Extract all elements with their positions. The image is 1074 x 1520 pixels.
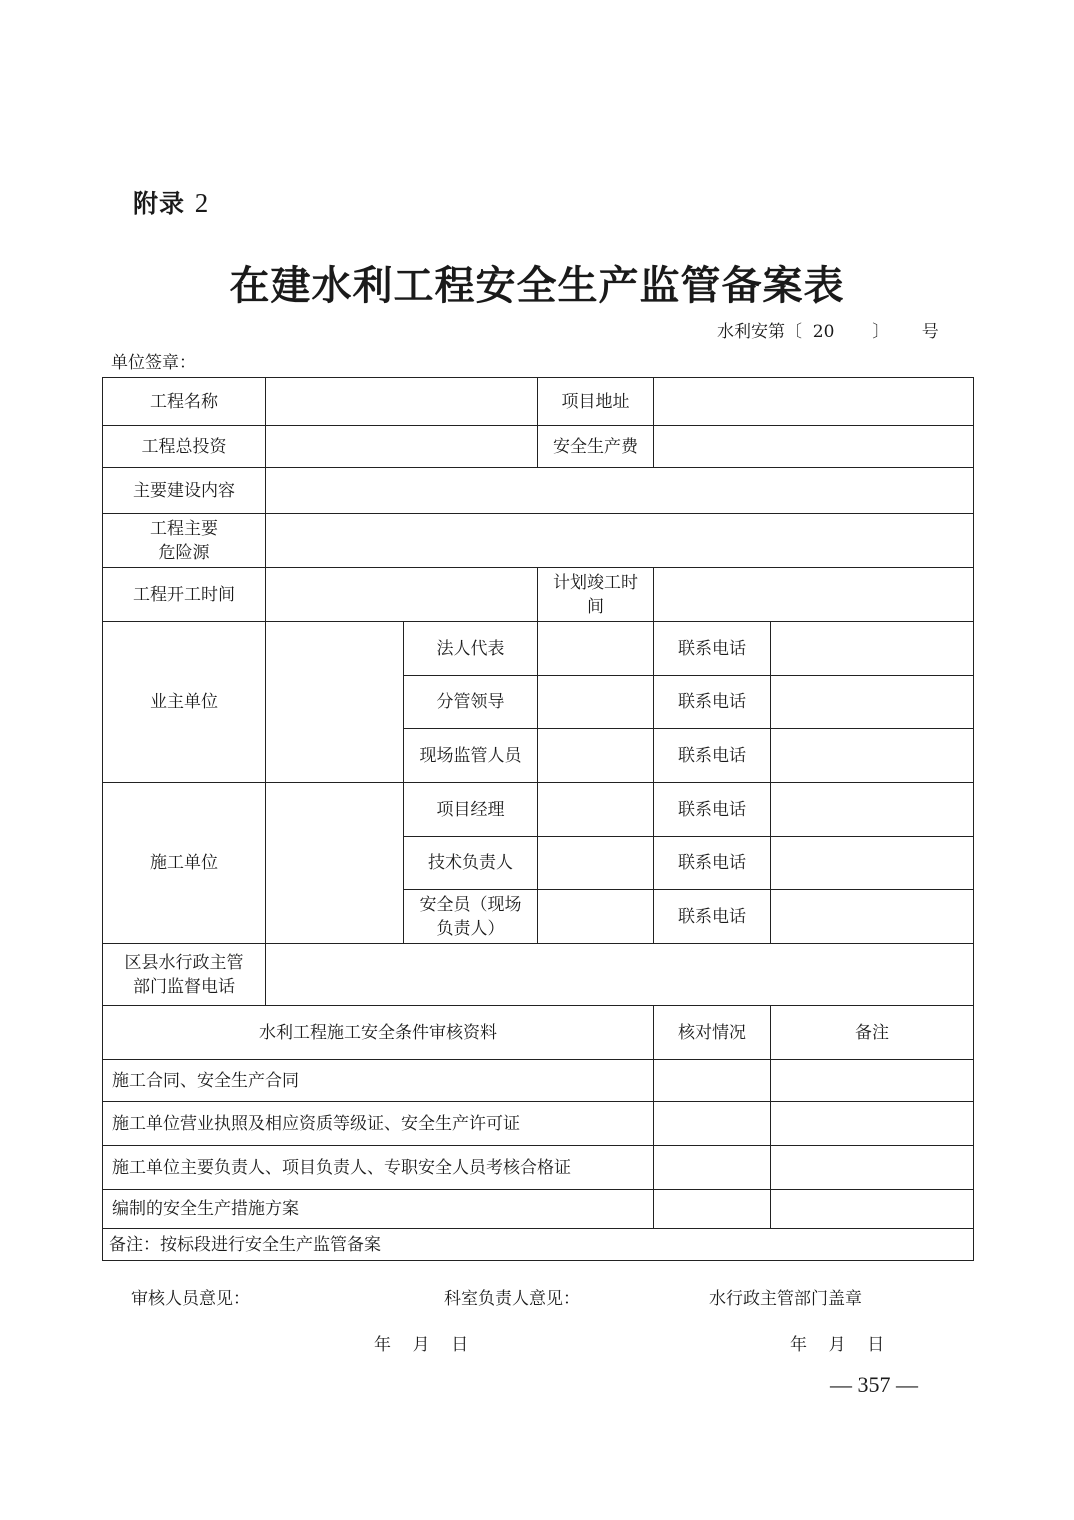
phone-label: 联系电话: [654, 837, 771, 890]
document-number: 水利安第〔 20 〕 号: [717, 317, 939, 342]
role-name-field[interactable]: [538, 890, 654, 944]
main-construction-label: 主要建设内容: [103, 468, 266, 514]
check-status-field[interactable]: [654, 1146, 771, 1190]
role-label: 项目经理: [404, 783, 538, 837]
phone-field[interactable]: [771, 783, 974, 837]
owner-unit-field[interactable]: [266, 622, 404, 783]
role-label: 现场监管人员: [404, 729, 538, 783]
table-row: 工程名称 项目地址: [103, 378, 974, 426]
table-row: 主要建设内容: [103, 468, 974, 514]
review-item: 施工单位营业执照及相应资质等级证、安全生产许可证: [103, 1102, 654, 1146]
role-label: 技术负责人: [404, 837, 538, 890]
safety-cost-field[interactable]: [654, 426, 974, 468]
supervision-phone-field[interactable]: [266, 944, 974, 1006]
appendix-heading: 附录 2: [133, 184, 209, 220]
phone-label: 联系电话: [654, 783, 771, 837]
phone-field[interactable]: [771, 837, 974, 890]
total-investment-label: 工程总投资: [103, 426, 266, 468]
remarks-header: 备注: [771, 1006, 974, 1060]
project-name-field[interactable]: [266, 378, 538, 426]
review-header-row: 水利工程施工安全条件审核资料 核对情况 备注: [103, 1006, 974, 1060]
date-right: 年 月 日: [790, 1330, 884, 1355]
phone-label: 联系电话: [654, 729, 771, 783]
start-date-label: 工程开工时间: [103, 568, 266, 622]
table-row: 工程总投资 安全生产费: [103, 426, 974, 468]
hazard-source-label: 工程主要 危险源: [103, 514, 266, 568]
table-row: 区县水行政主管 部门监督电话: [103, 944, 974, 1006]
review-item: 施工单位主要负责人、项目负责人、专职安全人员考核合格证: [103, 1146, 654, 1190]
filing-form-table: 工程名称 项目地址 工程总投资 安全生产费 主要建设内容 工程主要 危险源 工程…: [102, 377, 974, 1261]
construction-unit-field[interactable]: [266, 783, 404, 944]
total-investment-field[interactable]: [266, 426, 538, 468]
hazard-source-label-line1: 工程主要: [107, 517, 261, 541]
role-label-line1: 安全员（现场: [408, 893, 533, 917]
review-materials-header: 水利工程施工安全条件审核资料: [103, 1006, 654, 1060]
planned-completion-label: 计划竣工时 间: [538, 568, 654, 622]
supervision-phone-label-line1: 区县水行政主管: [107, 951, 261, 975]
planned-completion-field[interactable]: [654, 568, 974, 622]
note-row: 备注：按标段进行安全生产监管备案: [103, 1229, 974, 1261]
project-name-label: 工程名称: [103, 378, 266, 426]
role-name-field[interactable]: [538, 622, 654, 676]
review-item: 编制的安全生产措施方案: [103, 1190, 654, 1229]
owner-unit-label: 业主单位: [103, 622, 266, 783]
check-status-header: 核对情况: [654, 1006, 771, 1060]
hazard-source-label-line2: 危险源: [107, 541, 261, 565]
role-label-line2: 负责人）: [408, 917, 533, 941]
role-label: 安全员（现场 负责人）: [404, 890, 538, 944]
unit-signature-label: 单位签章：: [111, 348, 196, 373]
role-label: 分管领导: [404, 676, 538, 729]
phone-label: 联系电话: [654, 890, 771, 944]
review-row: 编制的安全生产措施方案: [103, 1190, 974, 1229]
start-date-field[interactable]: [266, 568, 538, 622]
phone-field[interactable]: [771, 890, 974, 944]
check-status-field[interactable]: [654, 1060, 771, 1102]
review-row: 施工单位营业执照及相应资质等级证、安全生产许可证: [103, 1102, 974, 1146]
hazard-source-field[interactable]: [266, 514, 974, 568]
review-row: 施工单位主要负责人、项目负责人、专职安全人员考核合格证: [103, 1146, 974, 1190]
role-name-field[interactable]: [538, 676, 654, 729]
check-status-field[interactable]: [654, 1102, 771, 1146]
safety-cost-label: 安全生产费: [538, 426, 654, 468]
phone-label: 联系电话: [654, 676, 771, 729]
remarks-field[interactable]: [771, 1060, 974, 1102]
role-label: 法人代表: [404, 622, 538, 676]
construction-unit-label: 施工单位: [103, 783, 266, 944]
check-status-field[interactable]: [654, 1190, 771, 1229]
date-left: 年 月 日: [374, 1330, 468, 1355]
dept-seal-label: 水行政主管部门盖章: [709, 1284, 862, 1309]
phone-label: 联系电话: [654, 622, 771, 676]
role-name-field[interactable]: [538, 837, 654, 890]
planned-completion-label-line2: 间: [542, 595, 649, 619]
phone-field[interactable]: [771, 622, 974, 676]
remarks-field[interactable]: [771, 1102, 974, 1146]
section-head-opinion-label: 科室负责人意见：: [444, 1284, 580, 1309]
note-text: 备注：按标段进行安全生产监管备案: [103, 1229, 974, 1261]
phone-field[interactable]: [771, 729, 974, 783]
role-name-field[interactable]: [538, 783, 654, 837]
supervision-phone-label: 区县水行政主管 部门监督电话: [103, 944, 266, 1006]
page-title: 在建水利工程安全生产监管备案表: [0, 254, 1074, 311]
project-address-field[interactable]: [654, 378, 974, 426]
review-row: 施工合同、安全生产合同: [103, 1060, 974, 1102]
appendix-label: 附录: [133, 189, 185, 218]
table-row: 工程主要 危险源: [103, 514, 974, 568]
review-item: 施工合同、安全生产合同: [103, 1060, 654, 1102]
page-number: — 357 —: [830, 1372, 918, 1398]
planned-completion-label-line1: 计划竣工时: [542, 571, 649, 595]
reviewer-opinion-label: 审核人员意见：: [131, 1284, 250, 1309]
remarks-field[interactable]: [771, 1190, 974, 1229]
remarks-field[interactable]: [771, 1146, 974, 1190]
phone-field[interactable]: [771, 676, 974, 729]
appendix-number: 2: [195, 188, 210, 218]
supervision-phone-label-line2: 部门监督电话: [107, 975, 261, 999]
table-row: 工程开工时间 计划竣工时 间: [103, 568, 974, 622]
project-address-label: 项目地址: [538, 378, 654, 426]
main-construction-field[interactable]: [266, 468, 974, 514]
table-row: 业主单位 法人代表 联系电话: [103, 622, 974, 676]
role-name-field[interactable]: [538, 729, 654, 783]
table-row: 施工单位 项目经理 联系电话: [103, 783, 974, 837]
